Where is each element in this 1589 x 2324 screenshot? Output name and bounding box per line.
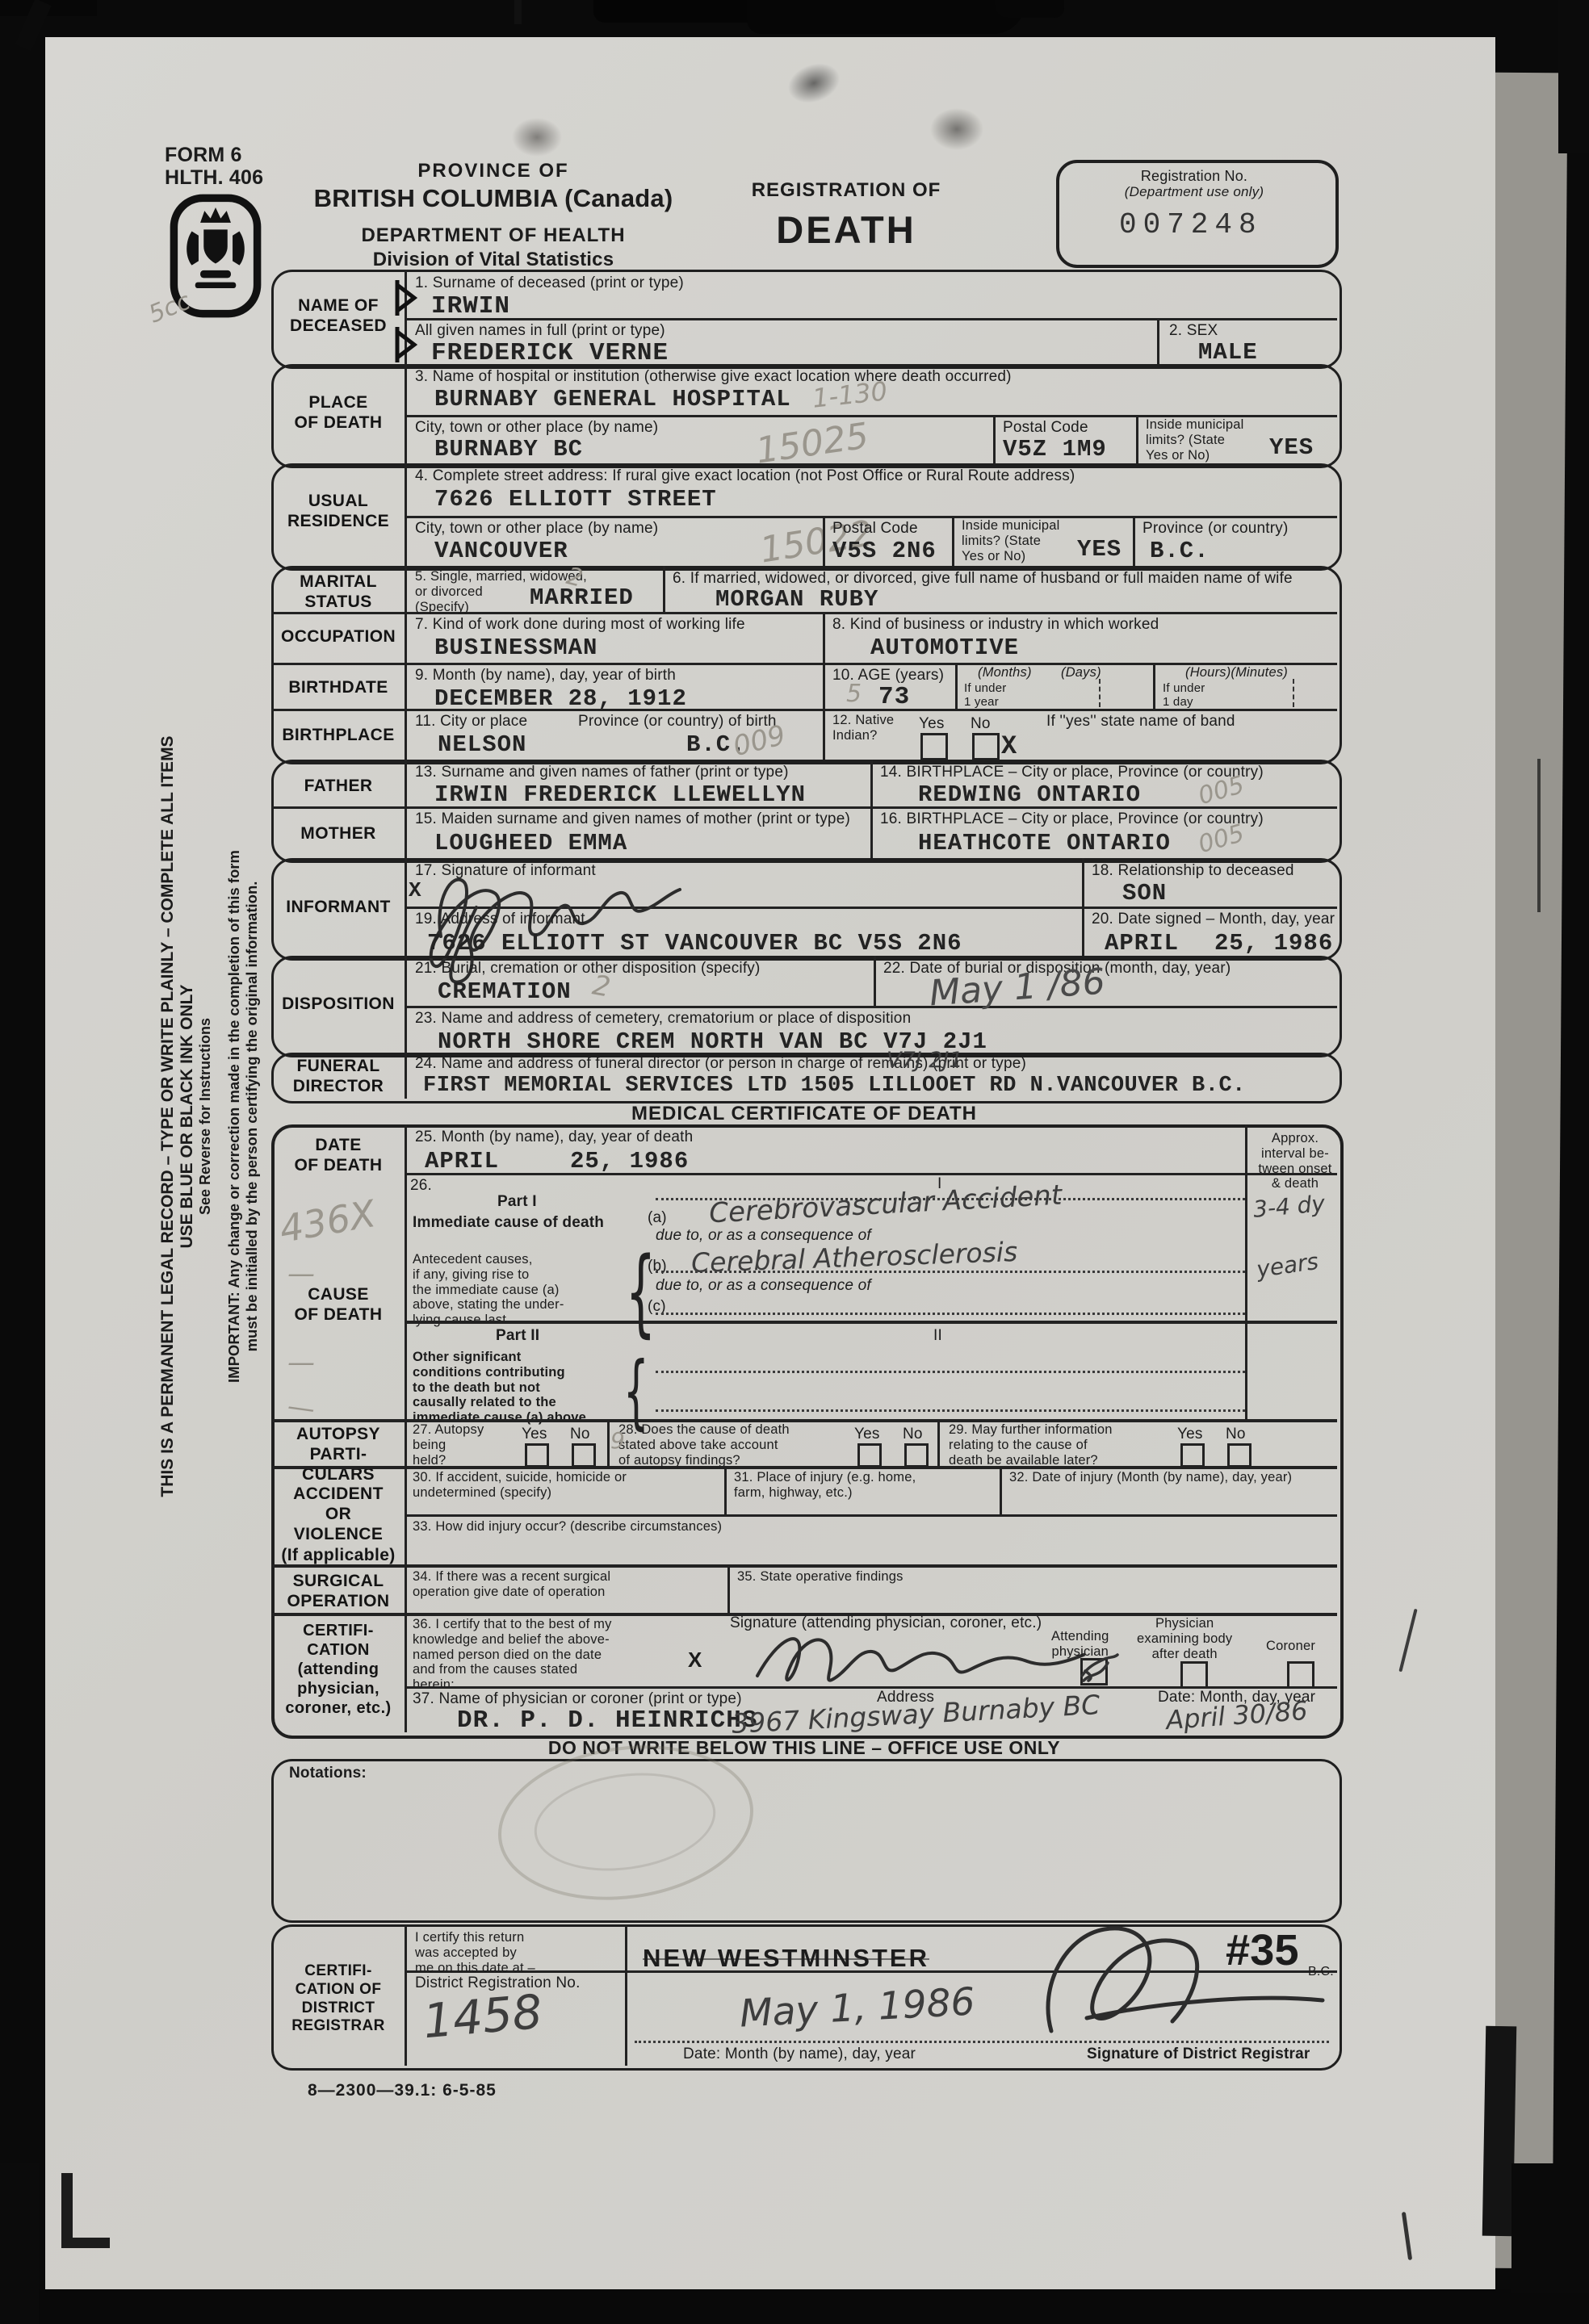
sidebar-important1: IMPORTANT: Any change or correction made… [225, 676, 243, 1556]
death-municipal-label: Inside municipal limits? (State Yes or N… [1146, 417, 1244, 463]
autopsy-q28-yes-checkbox [857, 1443, 882, 1468]
divider [874, 956, 876, 1006]
side-label-birthplace: BIRTHPLACE [274, 725, 403, 745]
scan-artifact [1511, 2163, 1589, 2293]
residence-province-label: Province (or country) [1142, 520, 1289, 538]
side-label-place-of-death: PLACE OF DEATH [274, 392, 403, 433]
physician-name-label: 37. Name of physician or coroner (print … [413, 1690, 742, 1708]
hours-minutes-label: (Hours)(Minutes) [1185, 665, 1288, 680]
accident-q30-label: 30. If accident, suicide, homicide or un… [413, 1470, 627, 1501]
other-conditions-label: Other significant conditions contributin… [413, 1350, 586, 1426]
division: Division of Vital Statistics [312, 249, 675, 270]
street-value: 7626 ELLIOTT STREET [434, 486, 717, 513]
street-label: 4. Complete street address: If rural giv… [415, 467, 1075, 485]
registration-number: 007248 [1119, 208, 1263, 241]
date-signed-rest: 25, 1986 [1214, 930, 1333, 957]
divider [405, 956, 407, 1053]
autopsy-q29-label: 29. May further information relating to … [949, 1422, 1113, 1468]
native-yes-label: Yes [919, 715, 945, 733]
autopsy-q27-yes-checkbox [525, 1443, 549, 1468]
registrar-signature-label: Signature of District Registrar [1087, 2046, 1310, 2063]
relationship-value: SON [1122, 880, 1167, 907]
side-label-accident: ACCIDENT OR VIOLENCE (If applicable) [274, 1484, 403, 1565]
province-name: BRITISH COLUMBIA (Canada) [287, 184, 699, 212]
sex-value: MALE [1198, 339, 1258, 366]
father-name-value: IRWIN FREDERICK LLEWELLYN [434, 781, 806, 808]
form-code-footer: 8—2300—39.1: 6-5-85 [308, 2081, 497, 2100]
native-no-x-mark: X [1001, 731, 1017, 761]
side-label-disposition: DISPOSITION [274, 994, 403, 1014]
residence-city-value: VANCOUVER [434, 538, 568, 564]
divider [1099, 679, 1101, 707]
divider [663, 566, 665, 612]
death-postal-value: V5Z 1M9 [1003, 436, 1107, 463]
date-signed-label: 20. Date signed – Month, day, year [1092, 911, 1335, 928]
dotted-line [656, 1409, 1245, 1412]
place-stamp: NEW WESTMINSTER [643, 1944, 929, 1972]
divider [405, 364, 407, 463]
residence-province-value: B.C. [1150, 538, 1210, 564]
scan-artifact [0, 2289, 1589, 2324]
native-no-label: No [971, 715, 991, 733]
scan-artifact [61, 2173, 73, 2247]
scan-artifact [593, 0, 763, 23]
days-label: (Days) [1061, 665, 1101, 680]
funeral-director-value: FIRST MEMORIAL SERVICES LTD 1505 LILLOOE… [423, 1074, 1246, 1098]
side-label-name: NAME OF DECEASED [274, 295, 403, 336]
dotted-line [656, 1313, 1245, 1315]
pencil-note: 9 [610, 1427, 625, 1454]
scan-smudge [930, 108, 983, 150]
certify-statement-label: 36. I certify that to the best of my kno… [413, 1617, 612, 1693]
divider [724, 1466, 727, 1514]
attending-checkbox-pen-mark [1075, 1652, 1119, 1687]
side-label-autopsy: AUTOPSY PARTI- CULARS [274, 1424, 403, 1485]
autopsy-q28-label: 28. Does the cause of death stated above… [618, 1422, 790, 1468]
native-yes-checkbox [920, 733, 948, 760]
autopsy-q27-no-checkbox [572, 1443, 596, 1468]
death-city-label: City, town or other place (by name) [415, 419, 658, 437]
divider [823, 663, 825, 709]
pencil-dash: — [287, 1258, 315, 1290]
autopsy-q29-no-checkbox [1227, 1443, 1251, 1468]
surgical-q34-label: 34. If there was a recent surgical opera… [413, 1569, 610, 1600]
department: DEPARTMENT OF HEALTH [312, 224, 675, 246]
registration-of: REGISTRATION OF [729, 179, 963, 201]
disposition-method-value: CREMATION [438, 978, 572, 1005]
form-number-line2: HLTH. 406 [165, 166, 263, 190]
autopsy-q27-label: 27. Autopsy being held? [413, 1422, 484, 1468]
father-birthplace-label: 14. BIRTHPLACE – City or place, Province… [880, 764, 1264, 781]
divider [405, 1321, 1337, 1324]
relationship-label: 18. Relationship to deceased [1092, 862, 1294, 880]
province-of: PROVINCE OF [312, 160, 675, 182]
divider [405, 760, 407, 858]
autopsy-q29-no: No [1226, 1426, 1246, 1443]
divider [993, 415, 996, 463]
divider [1082, 858, 1084, 956]
residence-postal-label: Postal Code [832, 520, 918, 538]
crematorium-label: 23. Name and address of cemetery, cremat… [415, 1010, 911, 1028]
divider [271, 1564, 1337, 1568]
district-regno-handwritten: 1458 [421, 1984, 544, 2050]
residence-municipal-value: YES [1077, 536, 1122, 563]
registrar-signature [1014, 1912, 1329, 2045]
divider [1133, 516, 1135, 566]
marital-value: MARRIED [530, 584, 634, 611]
coroner-label: Coroner [1266, 1639, 1315, 1654]
native-no-checkbox [972, 733, 1000, 760]
divider [405, 1053, 407, 1099]
regno-note: (Department use only) [1056, 184, 1332, 199]
scan-artifact [61, 2238, 110, 2248]
side-label-cause-of-death: CAUSE OF DEATH [274, 1284, 403, 1325]
scan-artifact [0, 2163, 39, 2324]
divider [405, 1173, 1337, 1175]
physician-name-value: DR. P. D. HEINRICHS [457, 1706, 757, 1735]
divider [271, 663, 1337, 665]
side-label-usual-residence: USUAL RESIDENCE [274, 491, 403, 531]
informant-address-value: 7626 ELLIOTT ST VANCOUVER BC V5S 2N6 [427, 930, 962, 957]
side-label-date-of-death: DATE OF DEATH [274, 1135, 403, 1175]
side-label-marital: MARITAL STATUS [274, 572, 403, 612]
part2-label: Part II [496, 1327, 539, 1345]
roman-numeral-2: II [933, 1327, 942, 1345]
death-municipal-value: YES [1269, 434, 1314, 461]
regno-label: Registration No. [1056, 168, 1332, 185]
antecedent-label: Antecedent causes, if any, giving rise t… [413, 1252, 564, 1328]
divider [870, 760, 873, 858]
given-names-label: All given names in full (print or type) [415, 322, 665, 340]
under-day-label: If under 1 day [1163, 681, 1205, 709]
divider [405, 1124, 407, 1732]
side-label-father: FATHER [274, 776, 403, 796]
divider [1245, 1124, 1247, 1419]
registrar-certify-label: I certify this return was accepted by me… [415, 1930, 535, 1975]
divider [1136, 415, 1138, 463]
examining-physician-checkbox [1180, 1661, 1208, 1689]
mother-birthplace-value: HEATHCOTE ONTARIO [918, 830, 1171, 856]
work-label: 7. Kind of work done during most of work… [415, 616, 745, 634]
divider [607, 1419, 610, 1466]
hospital-value: BURNABY GENERAL HOSPITAL [434, 386, 791, 412]
sidebar-reverse-note: See Reverse for Instructions [197, 676, 214, 1556]
industry-label: 8. Kind of business or industry in which… [832, 616, 1159, 634]
side-label-occupation: OCCUPATION [274, 626, 403, 647]
birthdate-value: DECEMBER 28, 1912 [434, 685, 687, 712]
divider [405, 318, 1337, 320]
sidebar-important2: must be initialled by the person certify… [243, 676, 261, 1556]
divider [405, 463, 407, 566]
death-date-rest: 25, 1986 [570, 1148, 689, 1175]
father-birthplace-value: REDWING ONTARIO [918, 781, 1141, 808]
divider [823, 709, 825, 760]
scan-artifact [995, 0, 1064, 18]
divider [271, 1419, 1337, 1422]
birthplace-city-value: NELSON [438, 731, 526, 758]
due-to-label-2: due to, or as a consequence of [656, 1277, 871, 1295]
coroner-checkbox [1287, 1661, 1314, 1689]
autopsy-q29-yes-checkbox [1180, 1443, 1205, 1468]
part1-label: Part I [497, 1193, 537, 1211]
spouse-label: 6. If married, widowed, or divorced, giv… [673, 570, 1331, 588]
autopsy-q28-no: No [903, 1426, 923, 1443]
hospital-label: 3. Name of hospital or institution (othe… [415, 368, 1012, 386]
divider [937, 1419, 940, 1466]
birthdate-label: 9. Month (by name), day, year of birth [415, 667, 676, 685]
informant-address-label: 19. Address of informant [415, 911, 585, 928]
accident-q31-label: 31. Place of injury (e.g. home, farm, hi… [734, 1470, 916, 1501]
funeral-postal-handwritten: V7J 2J1 [887, 1048, 963, 1073]
residence-municipal-label: Inside municipal limits? (State Yes or N… [962, 518, 1060, 563]
accident-q33-label: 33. How did injury occur? (describe circ… [413, 1519, 722, 1535]
mother-birthplace-label: 16. BIRTHPLACE – City or place, Province… [880, 810, 1264, 828]
divider [727, 1564, 730, 1613]
office-use-warning: DO NOT WRITE BELOW THIS LINE – OFFICE US… [271, 1737, 1337, 1758]
disposition-method-label: 21. Burial, cremation or other dispositi… [415, 960, 761, 978]
side-label-birthdate: BIRTHDATE [274, 677, 403, 697]
divider [1153, 663, 1155, 709]
divider [1000, 1466, 1002, 1514]
scanned-death-registration: FORM 6 HLTH. 406 PROVINCE OF BRITISH COL… [0, 0, 1589, 2324]
mother-name-value: LOUGHEED EMMA [434, 830, 627, 856]
arrow-marker-icon [392, 325, 418, 365]
divider [625, 1924, 627, 2066]
date-signed-month: APRIL [1105, 930, 1179, 957]
sidebar-permanent-record: THIS IS A PERMANENT LEGAL RECORD – TYPE … [158, 676, 178, 1556]
under-year-label: If under 1 year [964, 681, 1006, 709]
certificate-paper: FORM 6 HLTH. 406 PROVINCE OF BRITISH COL… [45, 37, 1495, 2297]
divider [271, 1466, 1337, 1469]
scan-artifact [747, 0, 1025, 34]
side-label-certification: CERTIFI- CATION (attending physician, co… [274, 1621, 403, 1718]
mother-name-label: 15. Maiden surname and given names of mo… [415, 810, 850, 828]
autopsy-q28-no-checkbox [904, 1443, 929, 1468]
divider [405, 1006, 1337, 1008]
notations-label: Notations: [289, 1765, 367, 1782]
father-name-label: 13. Surname and given names of father (p… [415, 764, 789, 781]
autopsy-q27-yes: Yes [522, 1426, 547, 1443]
surgical-q35-label: 35. State operative findings [737, 1569, 904, 1585]
death-postal-label: Postal Code [1003, 419, 1088, 437]
death-date-month: APRIL [425, 1148, 499, 1175]
arrow-marker-icon [392, 278, 418, 318]
scan-artifact [1537, 759, 1541, 912]
item26-number: 26. [410, 1177, 432, 1195]
side-label-surgical: SURGICAL OPERATION [274, 1571, 403, 1611]
scan-smudge [512, 118, 562, 157]
side-label-informant: INFORMANT [274, 897, 403, 917]
divider [1293, 679, 1294, 707]
residence-city-label: City, town or other place (by name) [415, 520, 658, 538]
death-title: DEATH [729, 208, 963, 252]
surname-label: 1. Surname of deceased (print or type) [415, 274, 684, 292]
pencil-note: 5 [846, 680, 862, 708]
divider [952, 516, 954, 566]
divider [823, 516, 825, 566]
death-date-label: 25. Month (by name), day, year of death [415, 1129, 693, 1146]
registrar-date-label: Date: Month (by name), day, year [683, 2046, 916, 2063]
birthplace-city-label: 11. City or place [415, 713, 527, 731]
line-a-label: (a) [648, 1209, 667, 1227]
side-label-funeral-director: FUNERAL DIRECTOR [274, 1056, 403, 1096]
death-city-value: BURNABY BC [434, 436, 583, 463]
autopsy-q29-yes: Yes [1177, 1426, 1203, 1443]
interval-label: Approx. interval be- tween onset & death [1255, 1131, 1335, 1191]
divider [271, 709, 1337, 711]
scan-artifact [1558, 0, 1589, 153]
accident-q32-label: 32. Date of injury (Month (by name), day… [1009, 1470, 1292, 1485]
form-number-line1: FORM 6 [165, 144, 242, 167]
medical-certificate-title: MEDICAL CERTIFICATE OF DEATH [271, 1103, 1337, 1124]
residence-postal-value: V5S 2N6 [832, 538, 937, 564]
native-indian-label: 12. Native Indian? [832, 713, 894, 743]
notations-box [271, 1759, 1342, 1923]
age-value: 73 [878, 683, 910, 711]
certify-x-mark: X [688, 1648, 702, 1673]
work-value: BUSINESSMAN [434, 634, 597, 661]
immediate-cause-label: Immediate cause of death [413, 1214, 604, 1232]
side-label-district-registrar: CERTIFI- CATION OF DISTRICT REGISTRAR [274, 1962, 403, 2036]
divider [955, 663, 958, 709]
band-label: If ''yes'' state name of band [1046, 713, 1235, 731]
autopsy-q27-no: No [570, 1426, 590, 1443]
side-label-mother: MOTHER [274, 823, 403, 844]
autopsy-q28-yes: Yes [854, 1426, 880, 1443]
spouse-value: MORGAN RUBY [715, 586, 878, 613]
sidebar-ink-note: USE BLUE OR BLACK INK ONLY [178, 676, 197, 1556]
divider [405, 516, 1337, 518]
scan-artifact [514, 0, 522, 24]
pencil-dash: — [287, 1346, 315, 1379]
months-label: (Months) [978, 665, 1032, 680]
examining-physician-label: Physician examining body after death [1137, 1616, 1232, 1661]
sidebar-rotated-notes: THIS IS A PERMANENT LEGAL RECORD – TYPE … [158, 676, 279, 1556]
surname-value: IRWIN [431, 292, 510, 320]
dotted-line [656, 1371, 1245, 1373]
given-names-value: FREDERICK VERNE [431, 339, 669, 367]
sex-label: 2. SEX [1169, 322, 1218, 340]
divider [405, 1514, 1337, 1517]
industry-value: AUTOMOTIVE [870, 634, 1019, 661]
divider [1157, 318, 1159, 364]
divider [823, 612, 825, 663]
divider [405, 1924, 407, 2066]
